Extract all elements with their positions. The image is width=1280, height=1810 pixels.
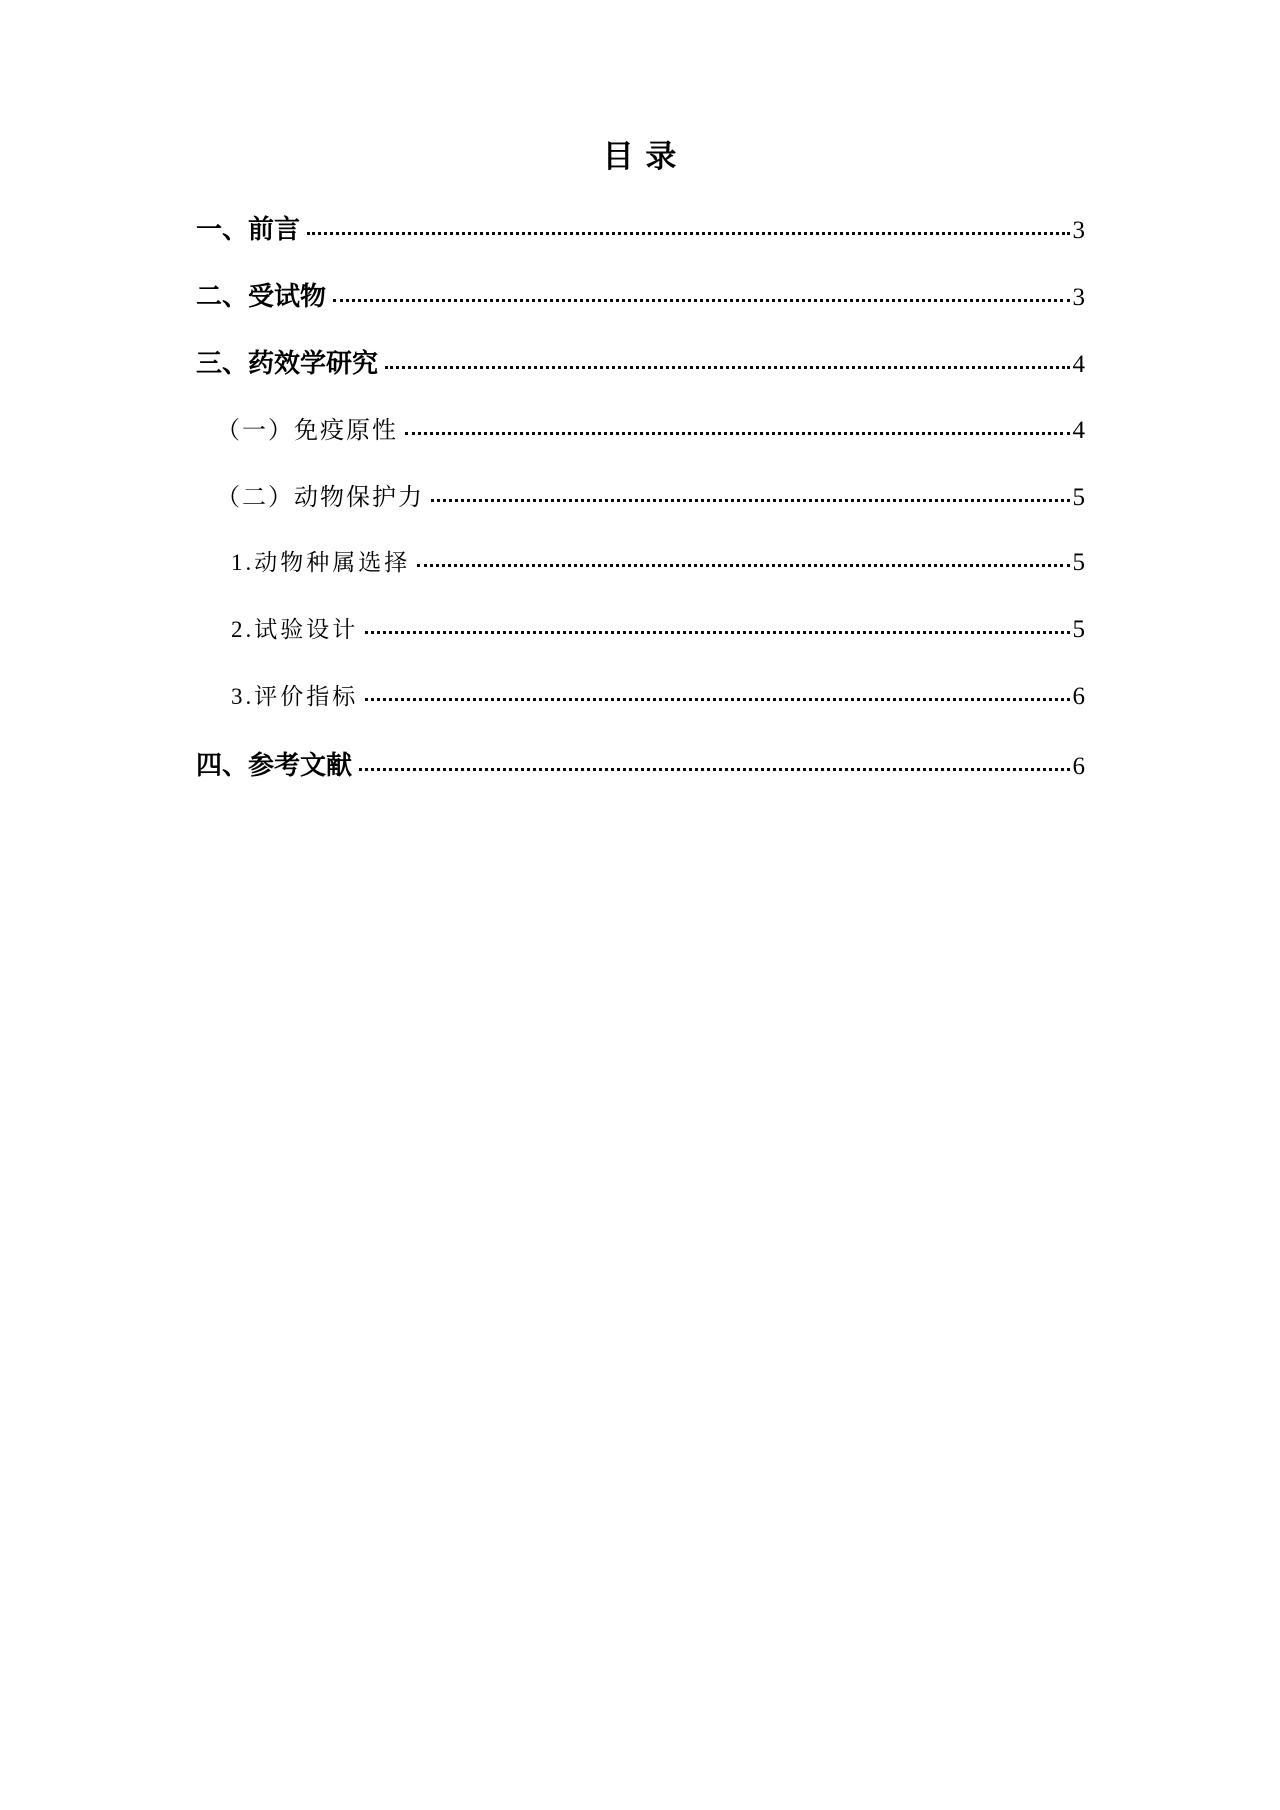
- dot-leader-icon: [365, 698, 1069, 701]
- dot-leader-icon: [385, 366, 1069, 369]
- toc-entry[interactable]: 2.试验设计 5: [196, 611, 1085, 647]
- toc-entry[interactable]: 四、参考文献 6: [196, 745, 1085, 781]
- toc-entry[interactable]: 三、药效学研究 4: [196, 343, 1085, 379]
- dot-leader-icon: [417, 564, 1069, 567]
- toc-entry-page-number: 4: [1073, 351, 1086, 379]
- dot-leader-icon: [405, 432, 1070, 435]
- toc-entry-page-number: 6: [1073, 683, 1086, 711]
- toc-entry-page-number: 5: [1073, 484, 1086, 512]
- toc-list: 一、前言 3 二、受试物 3 三、药效学研究 4 （一）免疫原性 4 （二）动物…: [196, 209, 1085, 781]
- dot-leader-icon: [307, 232, 1069, 235]
- toc-entry[interactable]: （二）动物保护力 5: [196, 477, 1085, 513]
- dot-leader-icon: [365, 631, 1069, 634]
- toc-entry-label: 3.评价指标: [231, 678, 358, 711]
- dot-leader-icon: [359, 768, 1069, 771]
- toc-entry-page-number: 3: [1073, 217, 1086, 245]
- toc-entry-label: 2.试验设计: [231, 611, 358, 644]
- toc-entry-label: 1.动物种属选择: [231, 544, 410, 577]
- toc-entry-label: 三、药效学研究: [196, 343, 378, 380]
- toc-entry-label: 四、参考文献: [196, 745, 352, 782]
- toc-entry-page-number: 3: [1073, 284, 1086, 312]
- page-title: 目 录: [196, 135, 1085, 179]
- toc-entry[interactable]: 一、前言 3: [196, 209, 1085, 245]
- dot-leader-icon: [333, 299, 1069, 302]
- toc-entry-page-number: 6: [1073, 753, 1086, 781]
- toc-entry[interactable]: 二、受试物 3: [196, 276, 1085, 312]
- dot-leader-icon: [431, 499, 1070, 502]
- toc-entry[interactable]: （一）免疫原性 4: [196, 410, 1085, 446]
- toc-entry[interactable]: 1.动物种属选择 5: [196, 544, 1085, 580]
- toc-entry-label: 二、受试物: [196, 276, 326, 313]
- toc-entry-page-number: 5: [1073, 549, 1086, 577]
- toc-entry[interactable]: 3.评价指标 6: [196, 678, 1085, 714]
- toc-entry-label: 一、前言: [196, 209, 300, 246]
- document-page: 目 录 一、前言 3 二、受试物 3 三、药效学研究 4 （一）免疫原性 4 （…: [0, 0, 1280, 1810]
- toc-entry-page-number: 4: [1073, 417, 1086, 445]
- toc-entry-label: （一）免疫原性: [216, 410, 398, 445]
- toc-entry-page-number: 5: [1073, 616, 1086, 644]
- toc-entry-label: （二）动物保护力: [216, 477, 424, 512]
